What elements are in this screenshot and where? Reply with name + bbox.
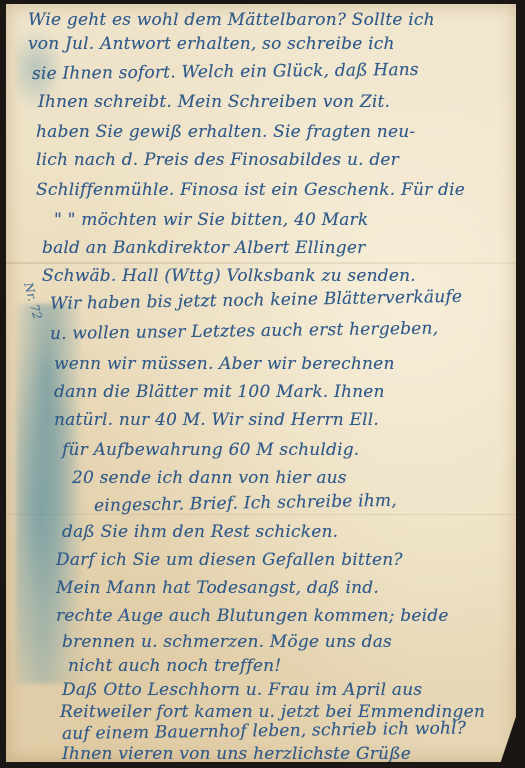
letter-line: auf einem Bauernhof leben, schrieb ich w…: [62, 718, 466, 744]
letter-line: Mein Mann hat Todesangst, daß ind.: [56, 578, 379, 598]
letter-line: für Aufbewahrung 60 M schuldig.: [62, 440, 359, 460]
letter-line: bald an Bankdirektor Albert Ellinger: [42, 238, 365, 258]
letter-line: brennen u. schmerzen. Möge uns das: [62, 632, 392, 652]
letter-line: Darf ich Sie um diesen Gefallen bitten?: [56, 550, 403, 570]
letter-line: Schliffenmühle. Finosa ist ein Geschenk.…: [36, 180, 465, 200]
letter-line: von Jul. Antwort erhalten, so schreibe i…: [28, 34, 395, 54]
letter-line: lich nach d. Preis des Finosabildes u. d…: [36, 150, 399, 170]
letter-line: 20 sende ich dann von hier aus: [72, 468, 347, 488]
letter-line: daß Sie ihm den Rest schicken.: [62, 522, 338, 542]
paper-fold-line: [6, 262, 516, 264]
letter-line: rechte Auge auch Blutungen kommen; beide: [56, 606, 449, 626]
letter-line: u. wollen unser Letztes auch erst hergeb…: [50, 319, 439, 344]
letter-line: " " möchten wir Sie bitten, 40 Mark: [54, 210, 368, 230]
letter-line: nicht auch noch treffen!: [68, 656, 281, 676]
letter-line: Wie geht es wohl dem Mättelbaron? Sollte…: [28, 10, 435, 30]
letter-line: natürl. nur 40 M. Wir sind Herrn Ell.: [54, 410, 379, 430]
letter-line: wenn wir müssen. Aber wir berechnen: [54, 354, 395, 374]
letter-line: Schwäb. Hall (Wttg) Volksbank zu senden.: [42, 266, 416, 286]
letter-line: Wir haben bis jetzt noch keine Blätterve…: [50, 287, 463, 314]
letter-page: Nr. 72 Wie geht es wohl dem Mättelbaron?…: [6, 4, 516, 762]
letter-line: Ihnen vieren von uns herzlichste Grüße: [62, 744, 411, 764]
letter-line: dann die Blätter mit 100 Mark. Ihnen: [54, 382, 385, 402]
letter-line: sie Ihnen sofort. Welch ein Glück, daß H…: [32, 60, 419, 84]
letter-line: haben Sie gewiß erhalten. Sie fragten ne…: [36, 122, 415, 142]
letter-line: Ihnen schreibt. Mein Schreiben von Zit.: [38, 92, 390, 112]
letter-line: Daß Otto Leschhorn u. Frau im April aus: [62, 680, 422, 700]
letter-line: eingeschr. Brief. Ich schreibe ihm,: [94, 491, 397, 516]
